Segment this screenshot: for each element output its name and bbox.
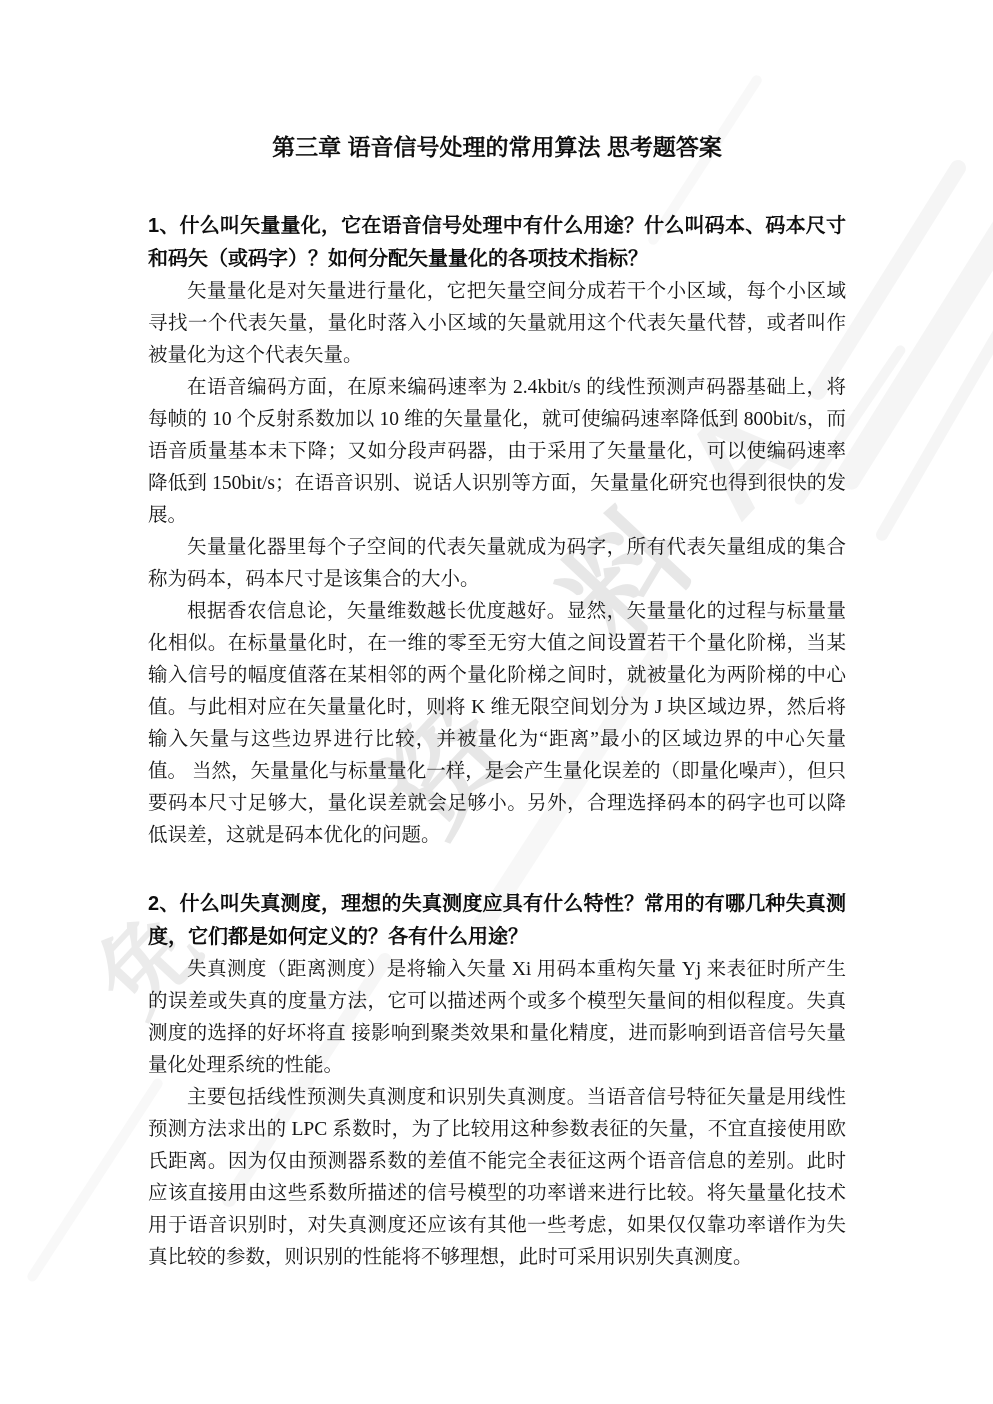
answer-paragraph: 主要包括线性预测失真测度和识别失真测度。当语音信号特征矢量是用线性预测方法求出的… [148,1082,846,1274]
watermark-stripe [25,1077,164,1284]
answer-paragraph: 失真测度（距离测度）是将输入矢量 Xi 用码本重构矢量 Yj 来表征时所产生的误… [148,954,846,1082]
document-page: 资 料 A 免 第三章 语音信号处理的常用算法 思考题答案 1、什么叫矢量量化，… [0,0,993,1404]
document-title: 第三章 语音信号处理的常用算法 思考题答案 [148,131,846,164]
document-content: 1、什么叫矢量量化，它在语音信号处理中有什么用途？什么叫码本、码本尺寸和码矢（或… [148,210,846,1274]
question-heading: 2、什么叫失真测度，理想的失真测度应具有什么特性？常用的有哪几种失真测度，它们都… [148,888,846,954]
answer-paragraph: 根据香农信息论，矢量维数越长优度越好。显然，矢量量化的过程与标量量化相似。在标量… [148,596,846,852]
watermark-stripe [874,277,993,543]
question-heading: 1、什么叫矢量量化，它在语音信号处理中有什么用途？什么叫码本、码本尺寸和码矢（或… [148,210,846,276]
answer-paragraph: 矢量量化是对矢量进行量化，它把矢量空间分成若干个小区域，每个小区域寻找一个代表矢… [148,276,846,372]
question-section: 1、什么叫矢量量化，它在语音信号处理中有什么用途？什么叫码本、码本尺寸和码矢（或… [148,210,846,852]
answer-paragraph: 在语音编码方面，在原来编码速率为 2.4kbit/s 的线性预测声码器基础上，将… [148,372,846,532]
watermark-stripe [832,207,993,492]
answer-paragraph: 矢量量化器里每个子空间的代表矢量就成为码字，所有代表矢量组成的集合称为码本，码本… [148,532,846,596]
question-section: 2、什么叫失真测度，理想的失真测度应具有什么特性？常用的有哪几种失真测度，它们都… [148,888,846,1274]
